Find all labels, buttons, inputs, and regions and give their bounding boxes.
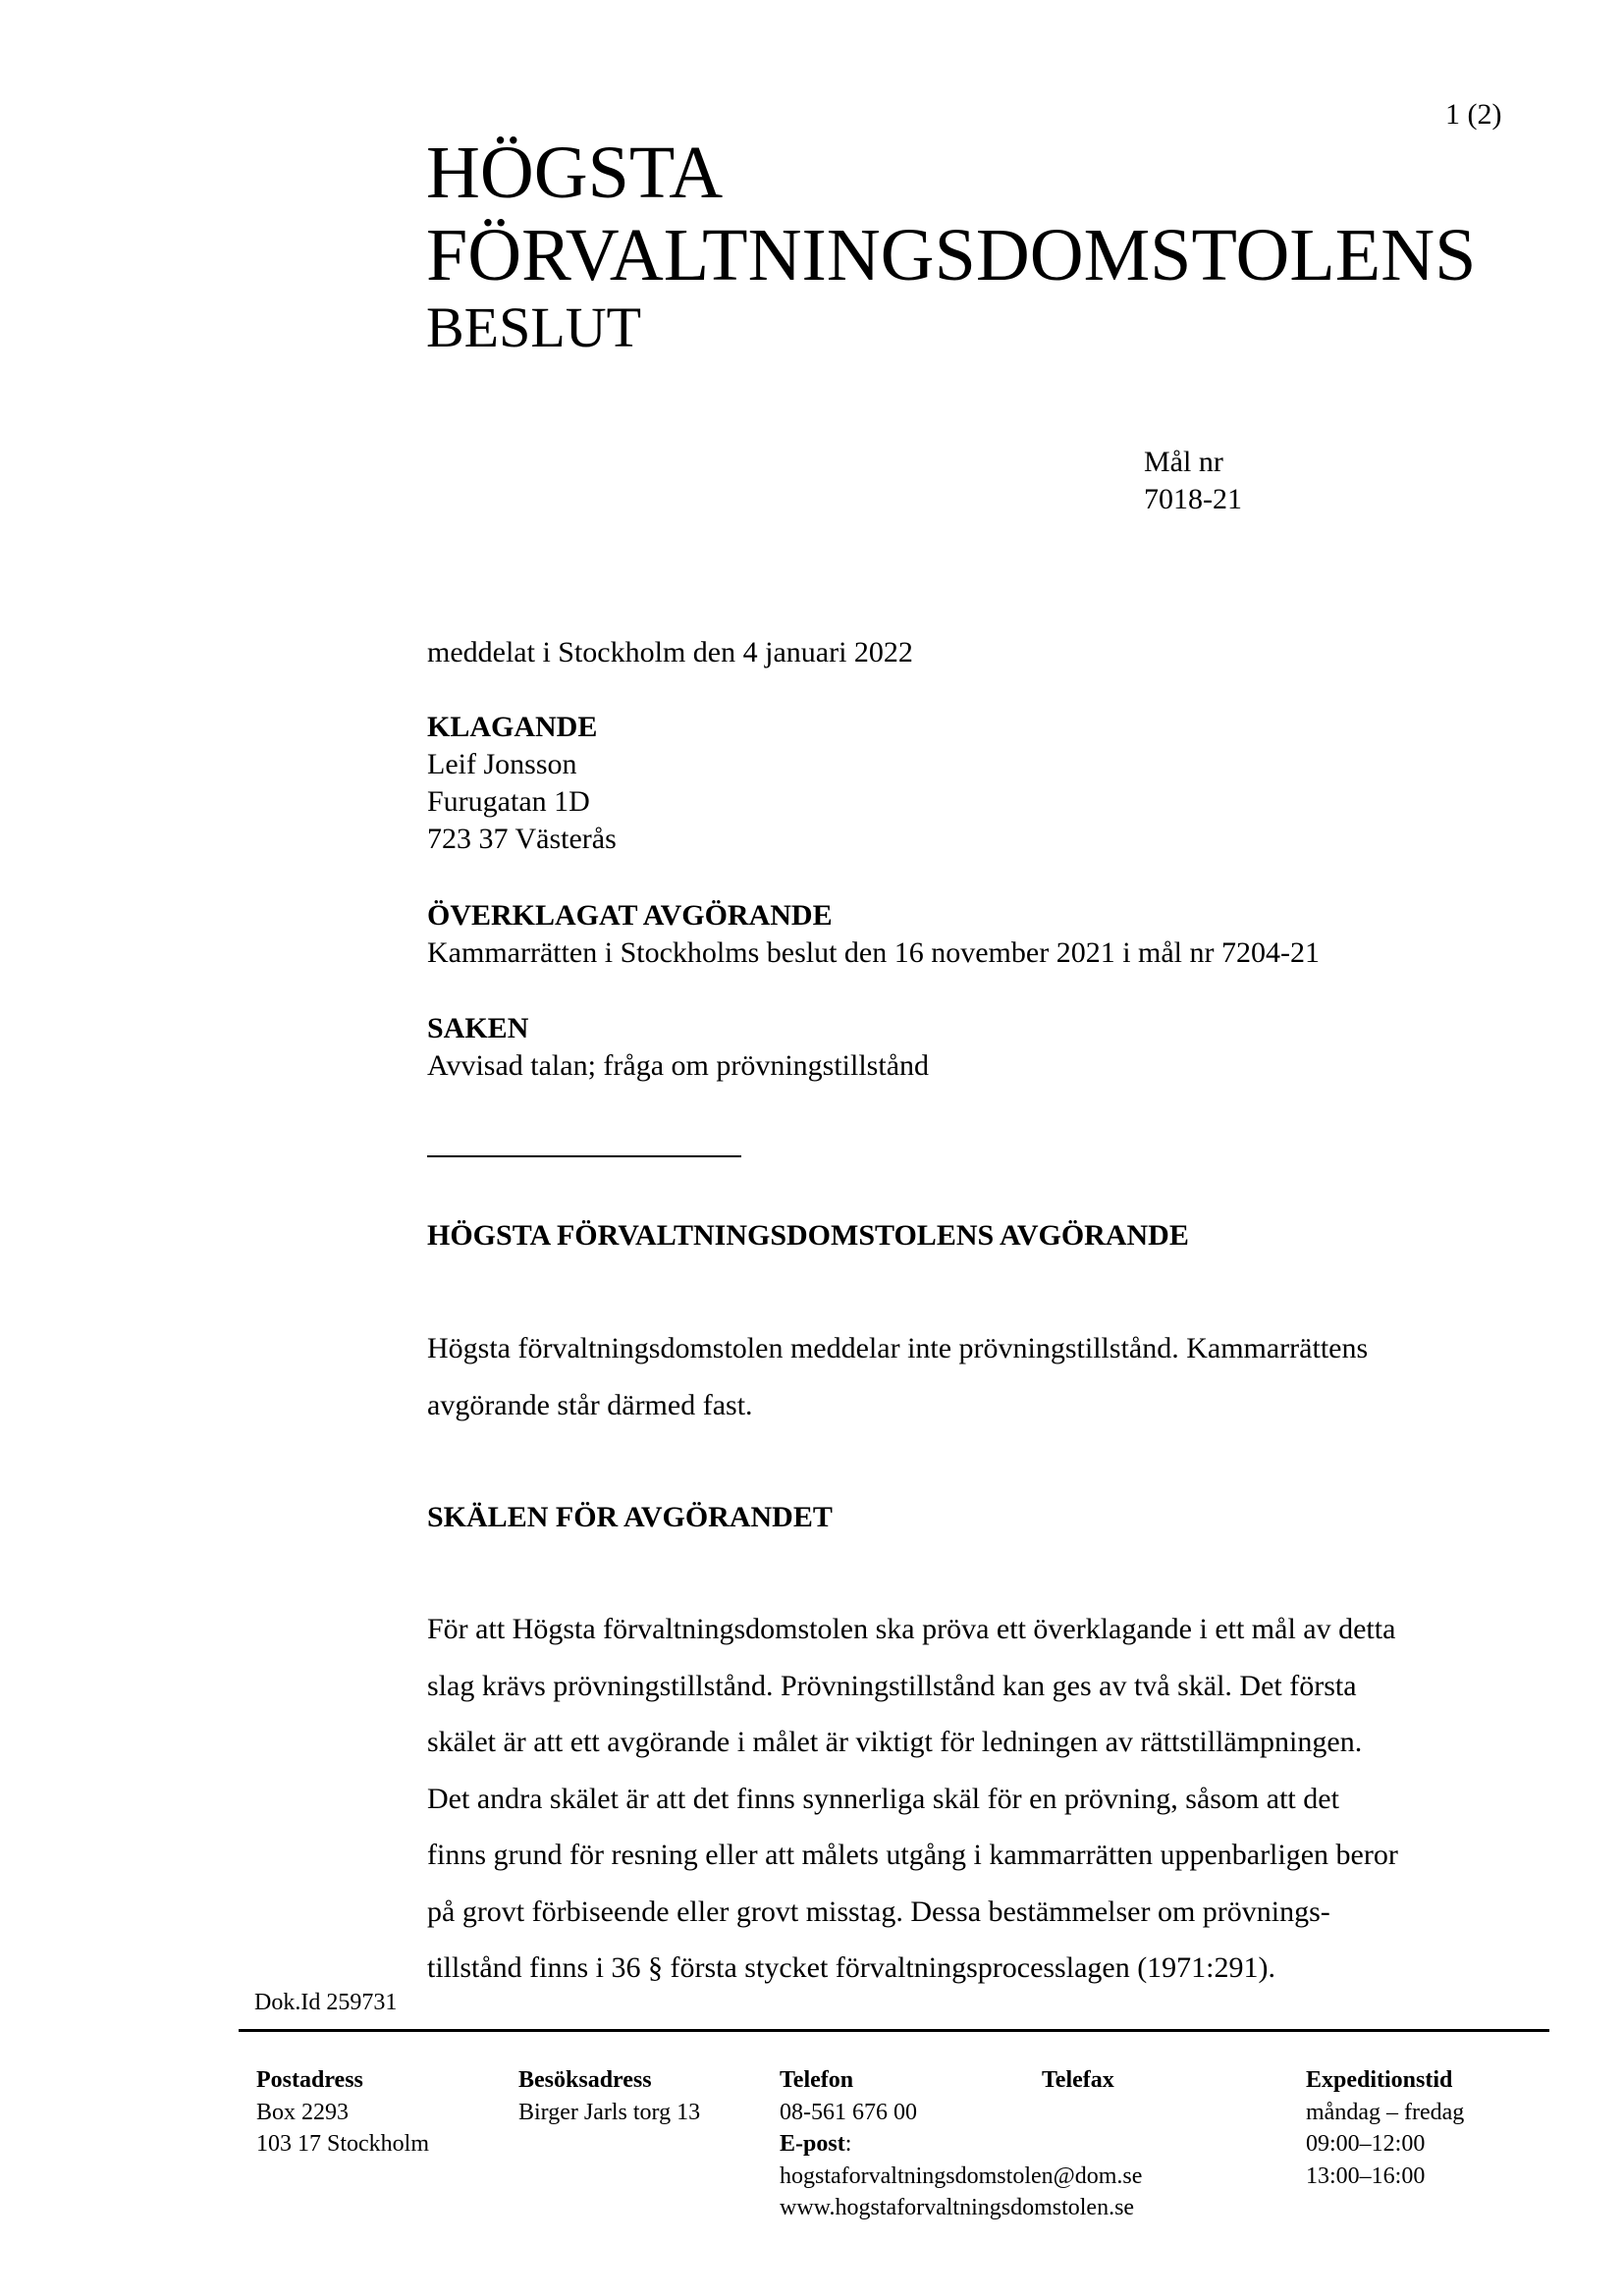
appealed-decision-heading: ÖVERKLAGAT AVGÖRANDE — [427, 897, 1320, 934]
postal-heading: Postadress — [256, 2064, 429, 2097]
matter-text: Avvisad talan; fråga om prövningstillstå… — [427, 1047, 929, 1085]
email-link[interactable]: hogstaforvaltningsdomstolen@dom.se — [780, 2161, 1142, 2193]
appellant-city: 723 37 Västerås — [427, 821, 617, 858]
reasons-line: tillstånd finns i 36 § första stycket fö… — [427, 1940, 1398, 1997]
document-type: BESLUT — [426, 299, 641, 356]
ruling-line: Högsta förvaltningsdomstolen meddelar in… — [427, 1320, 1368, 1377]
email-colon: : — [845, 2131, 852, 2157]
reasons-line: skälet är att ett avgörande i målet är v… — [427, 1714, 1398, 1771]
court-title-line-2: FÖRVALTNINGSDOMSTOLENS — [426, 218, 1476, 293]
postal-line: Box 2293 — [256, 2097, 429, 2129]
section-divider — [427, 1155, 741, 1157]
ruling-heading: HÖGSTA FÖRVALTNINGSDOMSTOLENS AVGÖRANDE — [427, 1217, 1189, 1255]
reasons-line: finns grund för resning eller att målets… — [427, 1827, 1398, 1884]
postal-line: 103 17 Stockholm — [256, 2128, 429, 2161]
fax-heading: Telefax — [1042, 2064, 1114, 2097]
footer-office-hours: Expeditionstid måndag – fredag 09:00–12:… — [1306, 2064, 1464, 2192]
ruling-line: avgörande står därmed fast. — [427, 1377, 1368, 1434]
case-number: 7018-21 — [1144, 481, 1242, 518]
document-id: Dok.Id 259731 — [254, 1988, 397, 2017]
reasons-line: slag krävs prövningstillstånd. Prövnings… — [427, 1658, 1398, 1715]
visiting-heading: Besöksadress — [518, 2064, 700, 2097]
reasons-line: Det andra skälet är att det finns synner… — [427, 1771, 1398, 1828]
footer-fax: Telefax — [1042, 2064, 1114, 2097]
case-number-block: Mål nr 7018-21 — [1144, 444, 1242, 518]
matter-section: SAKEN Avvisad talan; fråga om prövningst… — [427, 1010, 929, 1085]
footer-divider — [239, 2029, 1549, 2032]
reasons-text: För att Högsta förvaltningsdomstolen ska… — [427, 1601, 1398, 1997]
website-link[interactable]: www.hogstaforvaltningsdomstolen.se — [780, 2192, 1142, 2224]
court-title-line-1: HÖGSTA — [426, 135, 723, 210]
reasons-line: på grovt förbiseende eller grovt misstag… — [427, 1884, 1398, 1941]
appellant-heading: KLAGANDE — [427, 709, 617, 746]
appellant-section: KLAGANDE Leif Jonsson Furugatan 1D 723 3… — [427, 709, 617, 858]
footer-visiting-address: Besöksadress Birger Jarls torg 13 — [518, 2064, 700, 2128]
appellant-street: Furugatan 1D — [427, 783, 617, 821]
reasons-line: För att Högsta förvaltningsdomstolen ska… — [427, 1601, 1398, 1658]
page-number: 1 (2) — [1445, 100, 1501, 130]
case-number-label: Mål nr — [1144, 444, 1242, 481]
hours-line: måndag – fredag — [1306, 2097, 1464, 2129]
visiting-line: Birger Jarls torg 13 — [518, 2097, 700, 2129]
appellant-name: Leif Jonsson — [427, 746, 617, 783]
appealed-decision-text: Kammarrätten i Stockholms beslut den 16 … — [427, 934, 1320, 972]
issued-date: meddelat i Stockholm den 4 januari 2022 — [427, 634, 913, 671]
reasons-heading: SKÄLEN FÖR AVGÖRANDET — [427, 1499, 833, 1536]
email-label: E-post — [780, 2131, 845, 2157]
ruling-text: Högsta förvaltningsdomstolen meddelar in… — [427, 1320, 1368, 1433]
hours-heading: Expeditionstid — [1306, 2064, 1464, 2097]
appealed-decision-section: ÖVERKLAGAT AVGÖRANDE Kammarrätten i Stoc… — [427, 897, 1320, 972]
hours-line: 09:00–12:00 — [1306, 2128, 1464, 2161]
footer-postal-address: Postadress Box 2293 103 17 Stockholm — [256, 2064, 429, 2161]
phone-number: 08-561 676 00 — [780, 2097, 1142, 2129]
matter-heading: SAKEN — [427, 1010, 929, 1047]
hours-line: 13:00–16:00 — [1306, 2161, 1464, 2193]
